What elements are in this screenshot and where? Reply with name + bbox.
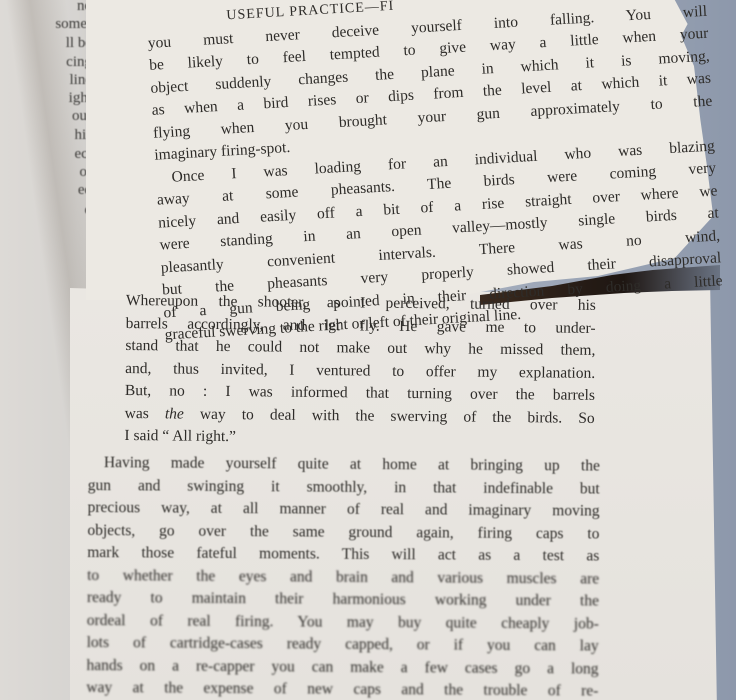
text-line: way at the expense of new caps and the t… xyxy=(86,677,598,700)
lower-text-block: Having made yourself quite at home at br… xyxy=(86,452,600,700)
text-line: Having made yourself quite at home at br… xyxy=(88,452,600,478)
text-fragment: way to deal with the swerving of the bir… xyxy=(200,405,595,426)
text-line: precious way, at all manner of real and … xyxy=(88,497,600,523)
text-fragment: was xyxy=(125,404,149,421)
italic-word: the xyxy=(165,405,184,422)
middle-text-block: Whereupon the shooter, as I perceived, t… xyxy=(124,290,596,452)
